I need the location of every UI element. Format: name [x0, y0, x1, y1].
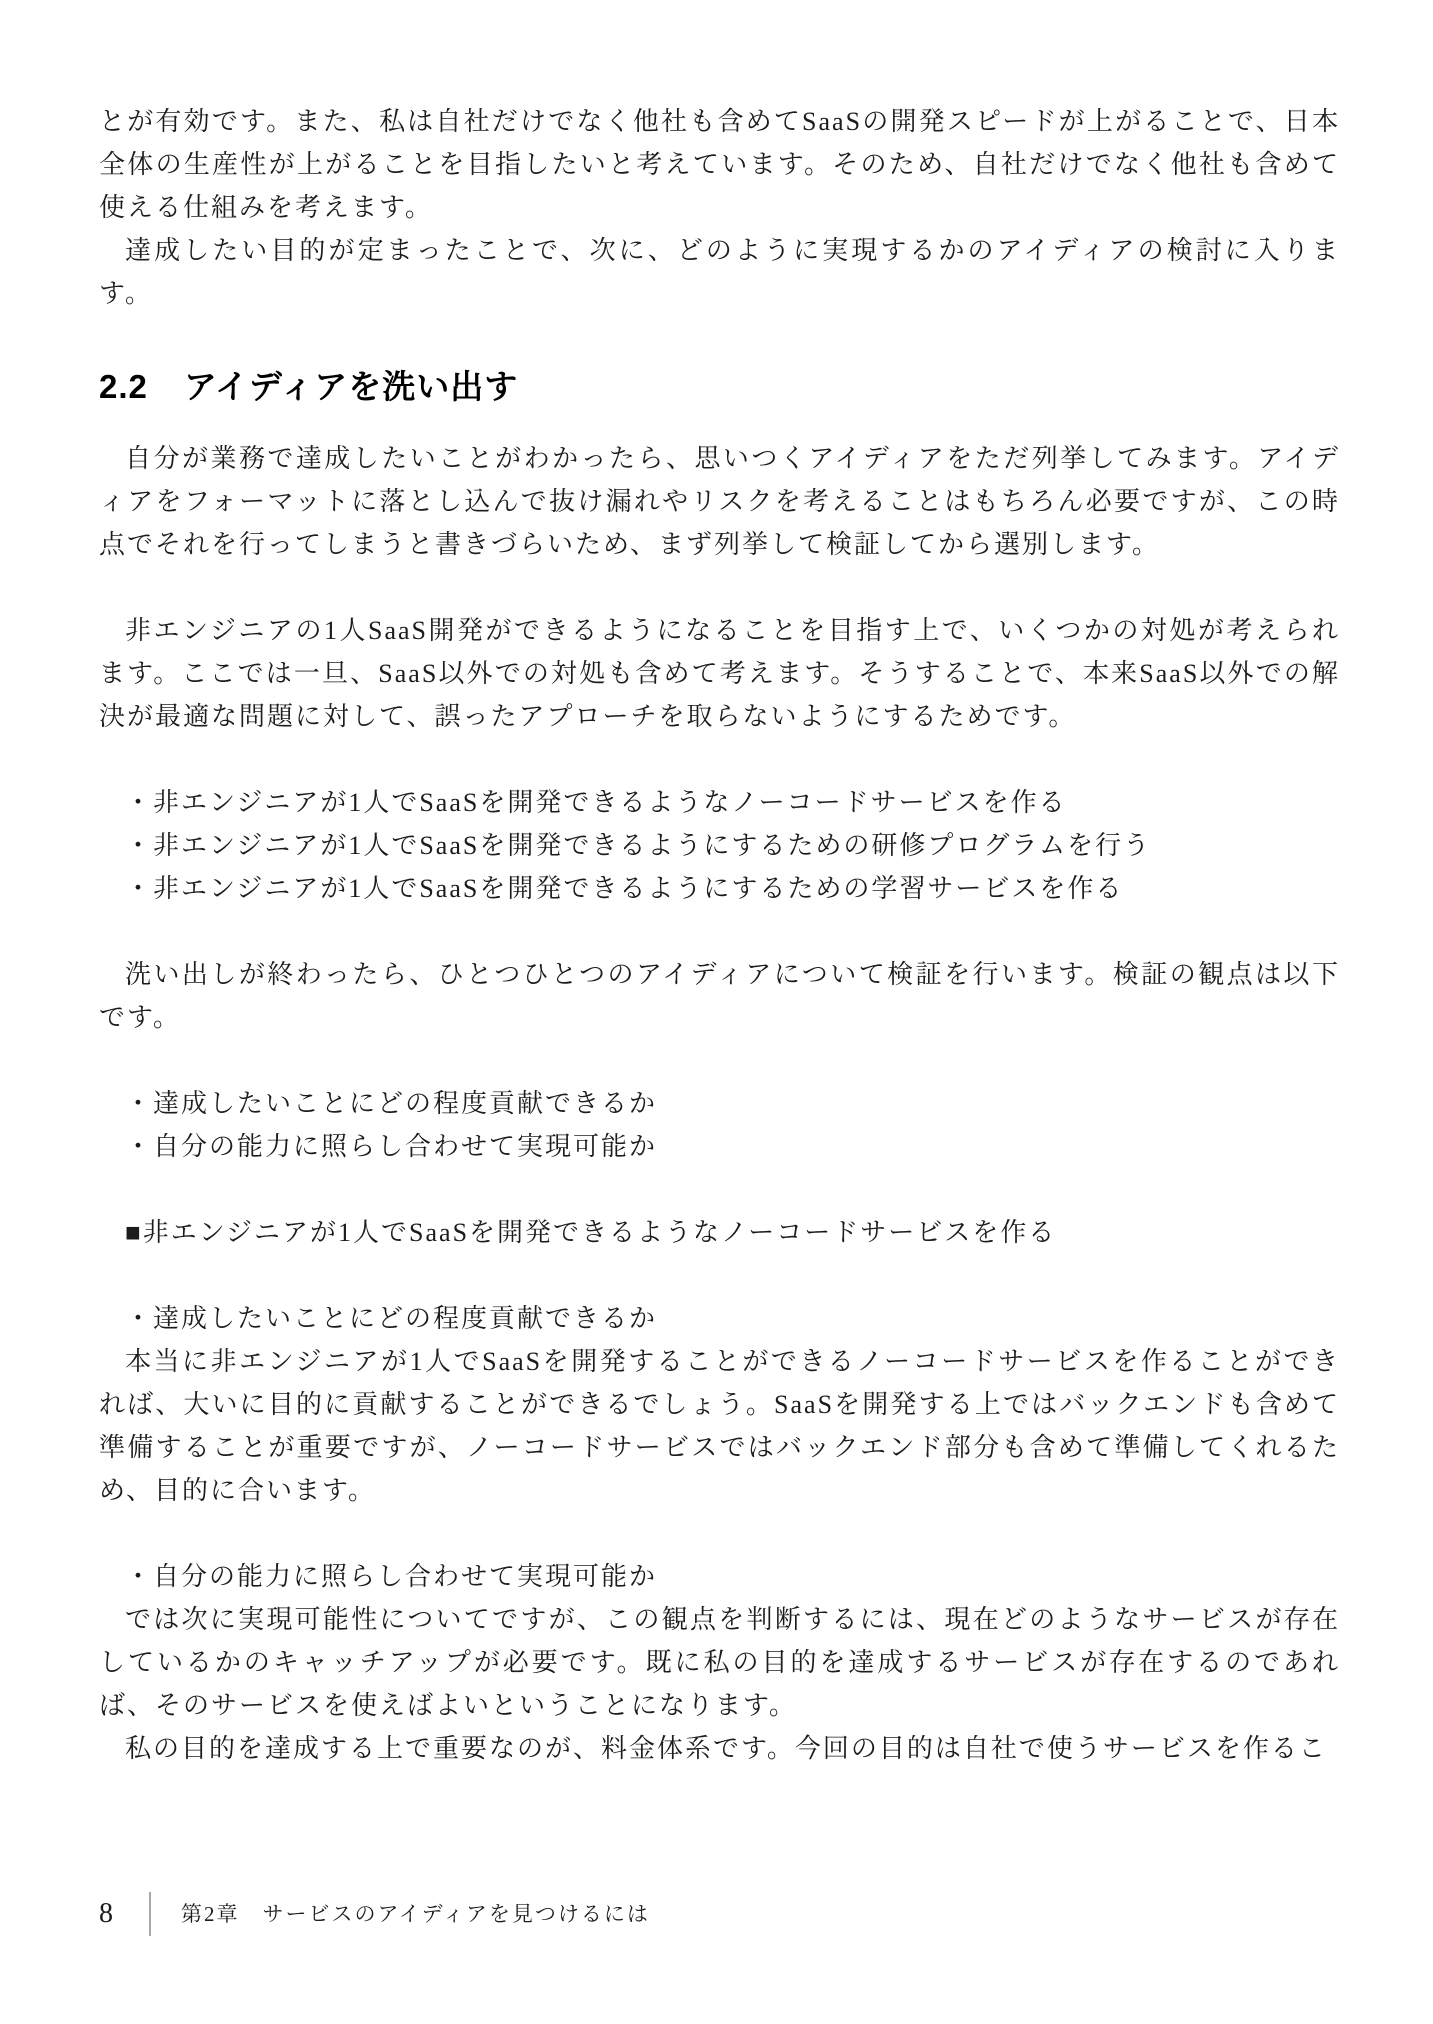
footer-divider — [149, 1892, 151, 1936]
section-heading: 2.2 アイディアを洗い出す — [99, 363, 1340, 411]
section-title: アイディアを洗い出す — [184, 363, 518, 411]
paragraph-feasibility-analysis: では次に実現可能性についてですが、この観点を判断するには、現在どのようなサービス… — [99, 1598, 1340, 1727]
footer-chapter-title: 第2章 サービスのアイディアを見つけるには — [181, 1893, 650, 1936]
idea-subheading: ■非エンジニアが1人でSaaSを開発できるようなノーコードサービスを作る — [125, 1211, 1340, 1254]
criteria-bullet-list: ・達成したいことにどの程度貢献できるか ・自分の能力に照らし合わせて実現可能か — [99, 1082, 1340, 1168]
list-item: ・達成したいことにどの程度貢献できるか — [125, 1082, 1340, 1125]
paragraph-list-up-ideas: 自分が業務で達成したいことがわかったら、思いつくアイディアをただ列挙してみます。… — [99, 437, 1340, 566]
paragraph-verification-intro: 洗い出しが終わったら、ひとつひとつのアイディアについて検証を行います。検証の観点… — [99, 953, 1340, 1039]
criterion-contribution-label: ・達成したいことにどの程度貢献できるか — [125, 1297, 1340, 1340]
page-number: 8 — [99, 1893, 115, 1935]
paragraph-contribution-analysis: 本当に非エンジニアが1人でSaaSを開発することができるノーコードサービスを作る… — [99, 1340, 1340, 1512]
book-page: とが有効です。また、私は自社だけでなく他社も含めてSaaSの開発スピードが上がる… — [0, 0, 1433, 2024]
paragraph-pricing: 私の目的を達成する上で重要なのが、料金体系です。今回の目的は自社で使うサービスを… — [99, 1727, 1340, 1770]
list-item: ・非エンジニアが1人でSaaSを開発できるようなノーコードサービスを作る — [125, 781, 1340, 824]
list-item: ・非エンジニアが1人でSaaSを開発できるようにするための学習サービスを作る — [125, 867, 1340, 910]
page-footer: 8 第2章 サービスのアイディアを見つけるには — [99, 1892, 650, 1936]
paragraph-intro-to-ideas: 達成したい目的が定まったことで、次に、どのように実現するかのアイディアの検討に入… — [99, 229, 1340, 315]
paragraph-continued-from-previous-page: とが有効です。また、私は自社だけでなく他社も含めてSaaSの開発スピードが上がる… — [99, 100, 1340, 229]
list-item: ・非エンジニアが1人でSaaSを開発できるようにするための研修プログラムを行う — [125, 824, 1340, 867]
idea-bullet-list: ・非エンジニアが1人でSaaSを開発できるようなノーコードサービスを作る ・非エ… — [99, 781, 1340, 910]
list-item: ・自分の能力に照らし合わせて実現可能か — [125, 1125, 1340, 1168]
section-number: 2.2 — [99, 363, 148, 411]
criterion-feasibility-label: ・自分の能力に照らし合わせて実現可能か — [125, 1555, 1340, 1598]
paragraph-non-engineer-goal: 非エンジニアの1人SaaS開発ができるようになることを目指す上で、いくつかの対処… — [99, 609, 1340, 738]
